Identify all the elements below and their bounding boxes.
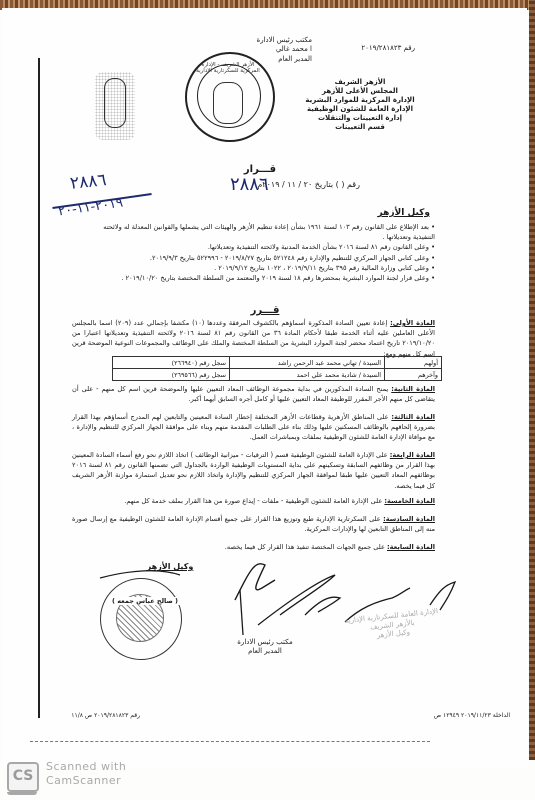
decision-number-line: رقم ( ) بتاريخ ٢٠ / ١١ / ٢٠١٩م: [180, 180, 360, 190]
org-line: الإدارة العامة للشئون الوظيفية: [290, 105, 430, 114]
article-5: المادة الخامسة: على الإدارة العامة للشئو…: [72, 496, 435, 506]
article-label: المادة الثالثة:: [391, 413, 435, 421]
seal-emblem-icon: [213, 82, 243, 124]
table-cell: وآخرهم: [385, 369, 442, 381]
article-label: المادة الثانية:: [391, 385, 435, 393]
watermark-line: CamScanner: [46, 774, 126, 788]
preamble-bullet: بعد الإطلاع على القانون رقم ١٠٣ لسنة ١٩٦…: [100, 222, 435, 242]
handwritten-decision-number: ٢٨٨٦: [230, 174, 269, 195]
names-table: أولهم السيدة / تهاني محمد عبد الرحمن راش…: [112, 356, 442, 381]
preamble-bullet: وعلى القانون رقم ٨١ لسنة ٢٠١٦ بشأن الخدم…: [100, 242, 435, 252]
handwritten-margin-number: ٢٨٨٦: [69, 170, 107, 194]
article-2: المادة الثانية: يمنح السادة المذكورين في…: [72, 384, 435, 404]
preamble-bullet: وعلى كتابي وزارة المالية رقم ٣٩٥ بتاريخ …: [100, 263, 435, 273]
article-text: على الإدارة العامة للشئون الوظيفية قسم (…: [72, 451, 435, 490]
table-cell: سجل رقم (٢٦٩٥٦٦): [113, 369, 230, 381]
article-text: على السكرتارية الإدارية طبع وتوزيع هذا ا…: [72, 515, 435, 533]
org-line: الأزهر الشريف: [290, 78, 430, 87]
article-text: يمنح السادة المذكورين في بداية مجموعة ال…: [72, 385, 435, 403]
resolution-heading: قـــرر: [240, 305, 290, 318]
camscanner-logo-icon: CS: [7, 762, 39, 792]
article-text: على الإدارة العامة للشئون الوظيفية - ملف…: [124, 497, 382, 505]
reference-number: رقم ٢٠١٩/٢٨١٨٢٣: [325, 44, 415, 53]
footer-divider: [30, 741, 430, 742]
article-4: المادة الرابعة: على الإدارة العامة للشئو…: [72, 450, 435, 491]
table-row: أولهم السيدة / تهاني محمد عبد الرحمن راش…: [113, 357, 442, 369]
org-line: الإدارة المركزية للموارد البشرية: [290, 96, 430, 105]
table-cell: السيدة / شادية محمد علي احمد: [230, 369, 385, 381]
footer-reference: رقم ٢٠١٩/٢٨١٨٢٣ ص ١١/٨: [30, 712, 140, 720]
table-cell: سجل رقم (٢٦٦٩٤٠): [113, 357, 230, 369]
article-label: المادة الأولى:: [390, 319, 435, 327]
office-block-bottom: مكتب رئيس الادارة المدير العام: [230, 638, 300, 657]
article-text: على المناطق الأزهرية وقطاعات الأزهر المخ…: [72, 413, 435, 441]
camscanner-watermark: Scanned with CamScanner: [46, 760, 126, 788]
office-title: مكتب رئيس الادارة: [232, 36, 312, 45]
article-label: المادة الخامسة:: [384, 497, 435, 505]
article-1: المادة الأولى: إعادة تعيين السادة المذكو…: [72, 318, 435, 359]
article-6: المادة السادسة: على السكرتارية الإدارية …: [72, 514, 435, 534]
office-role: المدير العام: [230, 647, 300, 656]
footer-incoming: الداخلة ٢٠١٩/١١/٢٣ ١٢٩٤٩ ص: [400, 712, 510, 720]
org-line: إدارة التعيينات والتنقلات: [290, 114, 430, 123]
preamble-bullets: بعد الإطلاع على القانون رقم ١٠٣ لسنة ١٩٦…: [100, 222, 435, 283]
article-3: المادة الثالثة: على المناطق الأزهرية وقط…: [72, 412, 435, 443]
preamble-heading: وكيل الأزهر: [355, 208, 430, 219]
table-row: وآخرهم السيدة / شادية محمد علي احمد سجل …: [113, 369, 442, 381]
organization-block: الأزهر الشريف المجلس الأعلى للأزهر الإدا…: [290, 78, 430, 133]
seal-text: الأزهر الشريف - الإدارة المركزية للسكرتا…: [193, 62, 263, 74]
org-line: المجلس الأعلى للأزهر: [290, 87, 430, 96]
article-text: إعادة تعيين السادة المذكورة أسماؤهم بالك…: [72, 319, 435, 358]
article-label: المادة الرابعة:: [390, 451, 435, 459]
azhar-emblem-outline-icon: [104, 78, 126, 128]
preamble-bullet: وعلى قرار لجنة الموارد البشرية بمحضرها ر…: [100, 273, 435, 283]
table-cell: أولهم: [385, 357, 442, 369]
office-title: مكتب رئيس الادارة: [230, 638, 300, 647]
article-label: المادة السادسة:: [383, 515, 435, 523]
org-line: قسم التعيينات: [290, 123, 430, 132]
preamble-bullet: وعلى كتابي الجهاز المركزي للتنظيم والإدا…: [100, 253, 435, 263]
table-cell: السيدة / تهاني محمد عبد الرحمن راشد: [230, 357, 385, 369]
watermark-line: Scanned with: [46, 760, 126, 774]
